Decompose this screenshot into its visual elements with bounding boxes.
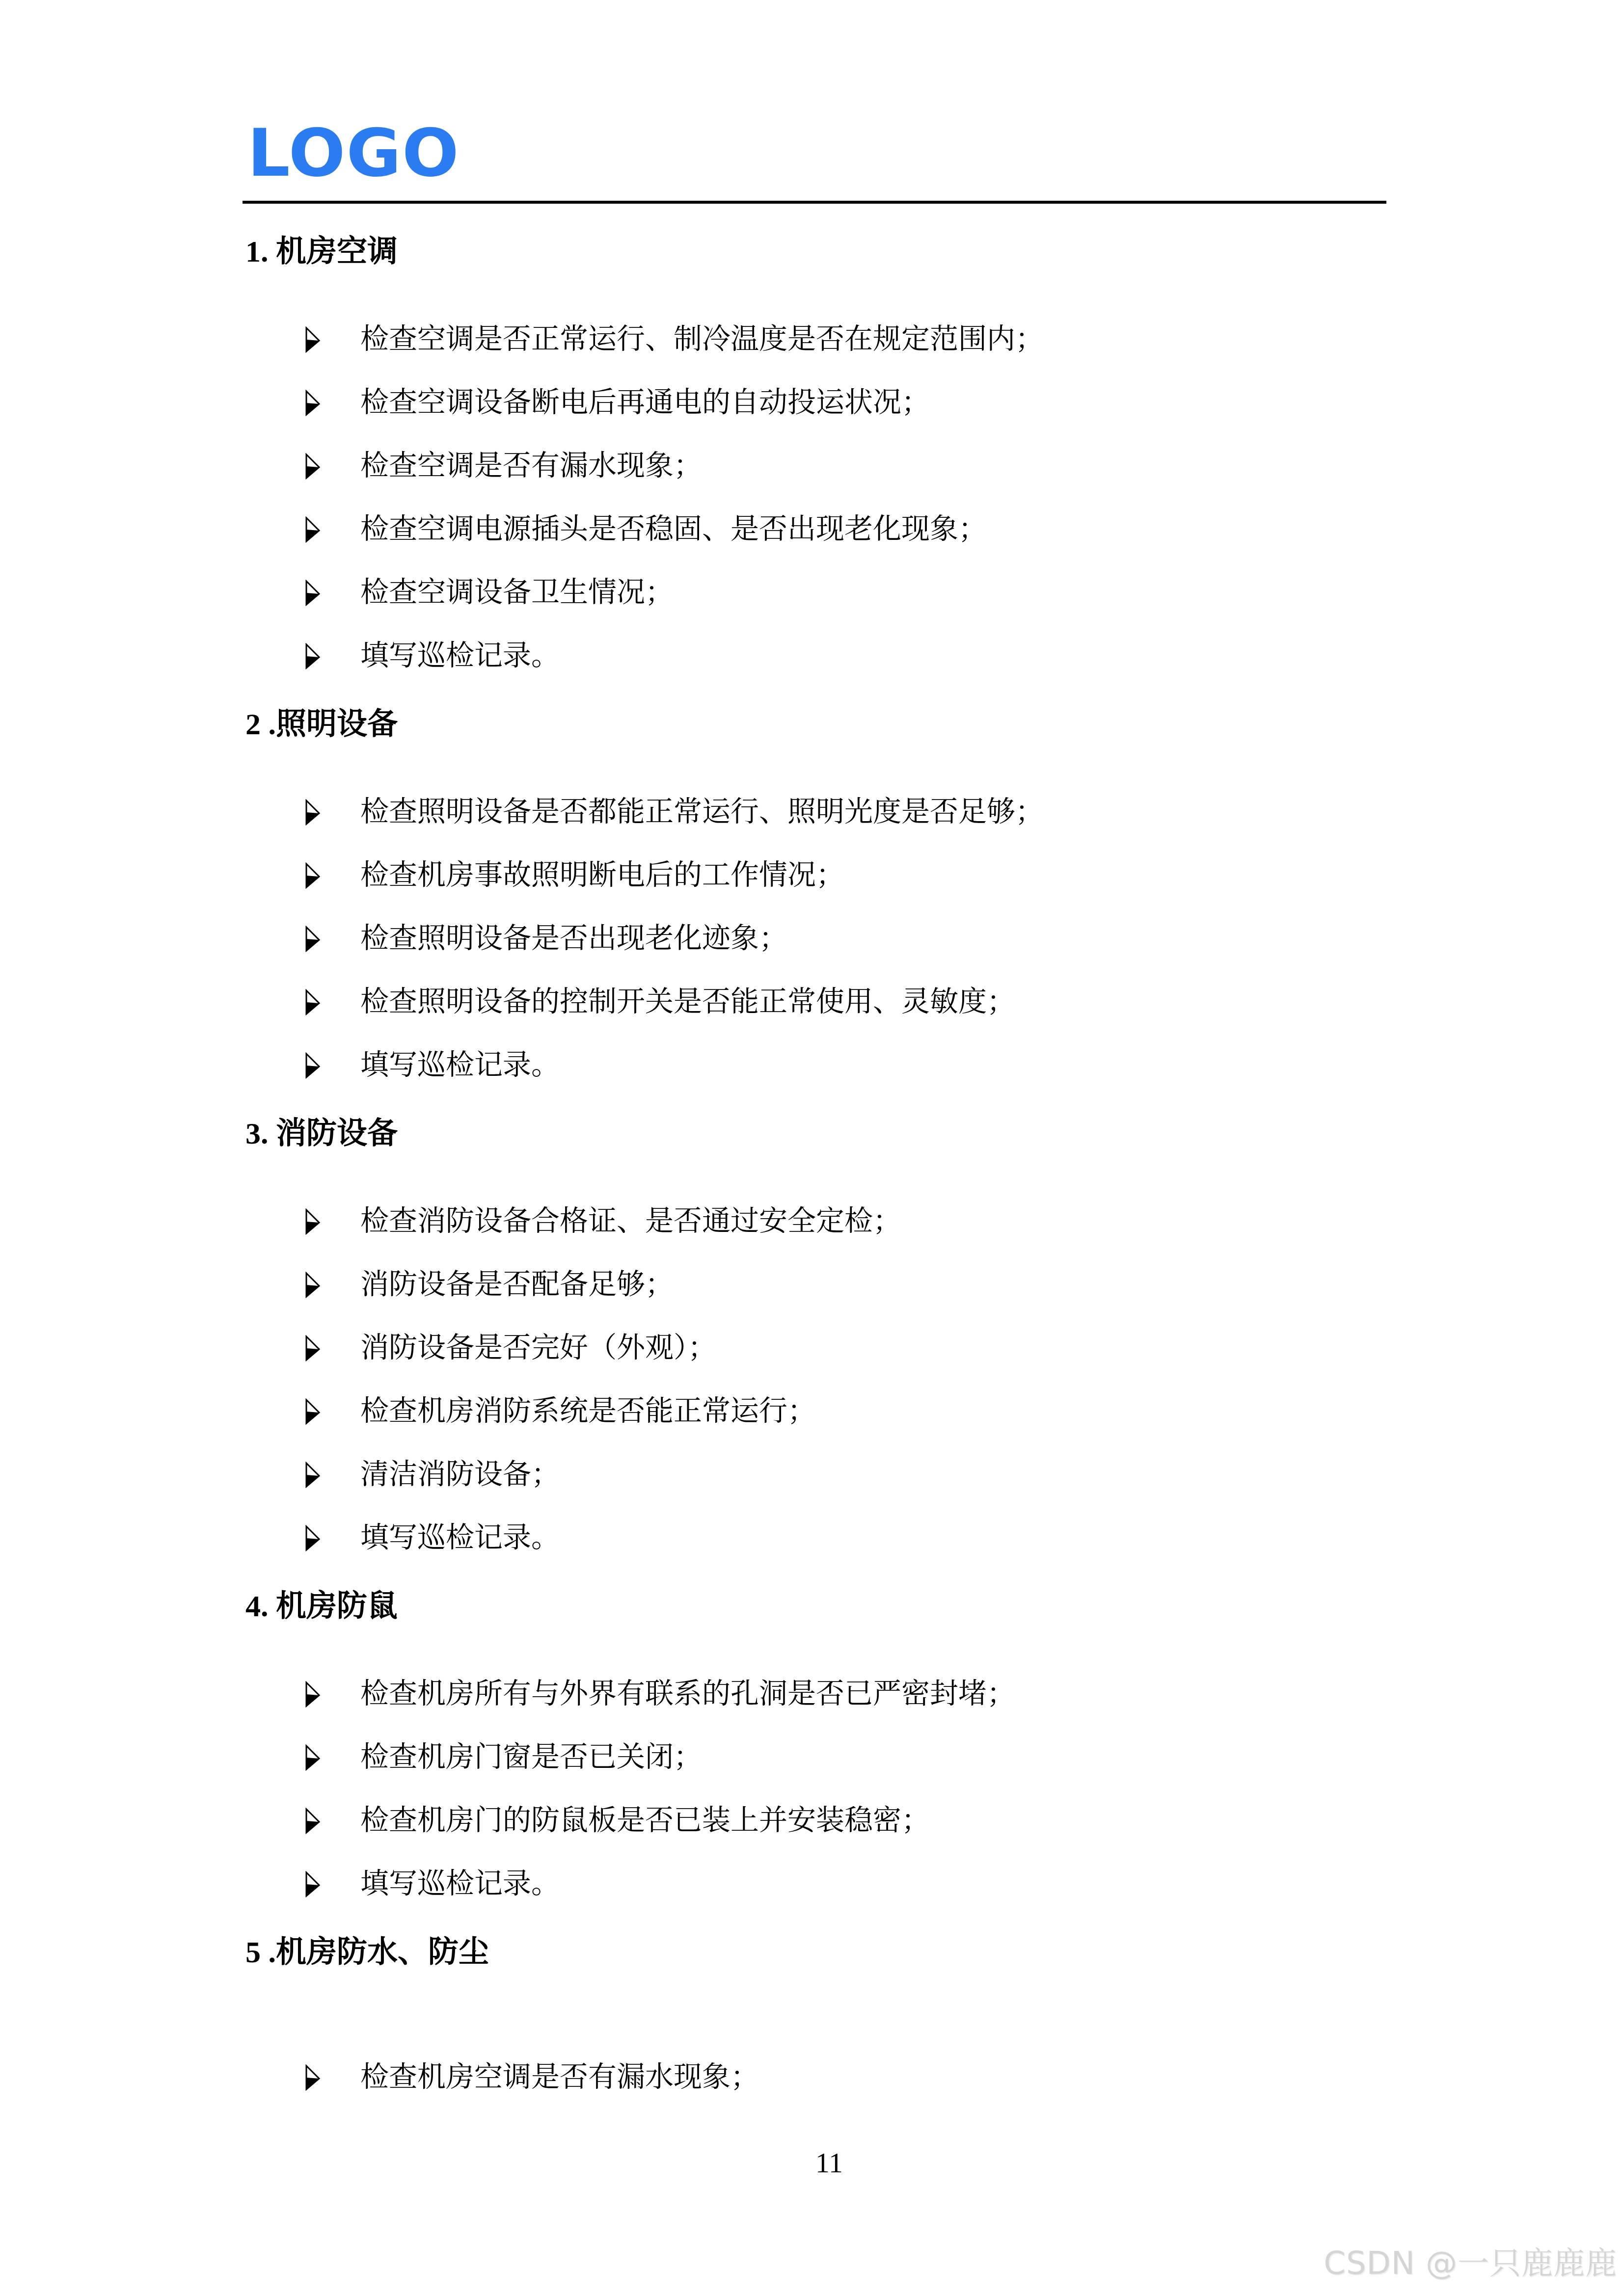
section-heading: 5 .机房防水、防尘 bbox=[245, 1933, 1624, 1972]
bullet-text: 填写巡检记录。 bbox=[360, 1868, 560, 1899]
arrowhead-right-icon bbox=[303, 1681, 322, 1707]
list-item: 检查照明设备是否都能正常运行、照明光度是否足够； bbox=[302, 794, 1624, 829]
list-item: 检查机房消防系统是否能正常运行； bbox=[302, 1393, 1624, 1429]
bullet-text: 检查机房所有与外界有联系的孔洞是否已严密封堵； bbox=[360, 1678, 1015, 1709]
list-item: 填写巡检记录。 bbox=[302, 1047, 1624, 1083]
bullet-list: 检查照明设备是否都能正常运行、照明光度是否足够； 检查机房事故照明断电后的工作情… bbox=[0, 794, 1624, 1083]
list-item: 消防设备是否配备足够； bbox=[302, 1267, 1624, 1302]
arrowhead-right-icon bbox=[303, 988, 322, 1015]
arrowhead-right-icon bbox=[303, 862, 322, 888]
document-section: 1. 机房空调 检查空调是否正常运行、制冷温度是否在规定范围内； 检查空调设备断… bbox=[0, 233, 1624, 673]
list-item: 检查机房所有与外界有联系的孔洞是否已严密封堵； bbox=[302, 1676, 1624, 1711]
bullet-text: 消防设备是否完好（外观）； bbox=[360, 1332, 716, 1363]
bullet-text: 清洁消防设备； bbox=[360, 1458, 560, 1490]
document-page: LOGO 1. 机房空调 检查空调是否正常运行、制冷温度是否在规定范围内； 检查… bbox=[0, 0, 1624, 2296]
arrowhead-right-icon bbox=[303, 2064, 322, 2090]
bullet-text: 检查机房门窗是否已关闭； bbox=[360, 1741, 702, 1773]
document-section: 3. 消防设备 检查消防设备合格证、是否通过安全定检； 消防设备是否配备足够； … bbox=[0, 1115, 1624, 1555]
page-number: 11 bbox=[0, 2146, 1624, 2180]
arrowhead-right-icon bbox=[303, 925, 322, 952]
document-section: 2 .照明设备 检查照明设备是否都能正常运行、照明光度是否足够； 检查机房事故照… bbox=[0, 705, 1624, 1083]
arrowhead-right-icon bbox=[303, 326, 322, 352]
bullet-text: 检查空调设备断电后再通电的自动投运状况； bbox=[360, 386, 930, 418]
bullet-text: 填写巡检记录。 bbox=[360, 1522, 560, 1553]
list-item: 检查照明设备的控制开关是否能正常使用、灵敏度； bbox=[302, 984, 1624, 1019]
bullet-text: 检查照明设备是否都能正常运行、照明光度是否足够； bbox=[360, 796, 1044, 828]
arrowhead-right-icon bbox=[303, 1271, 322, 1298]
list-item: 检查照明设备是否出现老化迹象； bbox=[302, 921, 1624, 956]
list-item: 检查空调设备断电后再通电的自动投运状况； bbox=[302, 385, 1624, 420]
arrowhead-right-icon bbox=[303, 579, 322, 606]
arrowhead-right-icon bbox=[303, 516, 322, 542]
list-item: 检查机房事故照明断电后的工作情况； bbox=[302, 857, 1624, 893]
list-item: 检查空调设备卫生情况； bbox=[302, 575, 1624, 610]
bullet-text: 检查空调是否正常运行、制冷温度是否在规定范围内； bbox=[360, 323, 1044, 355]
arrowhead-right-icon bbox=[303, 1052, 322, 1078]
list-item: 检查机房空调是否有漏水现象； bbox=[302, 2059, 1624, 2095]
arrowhead-right-icon bbox=[303, 1461, 322, 1488]
arrowhead-right-icon bbox=[303, 799, 322, 825]
bullet-list: 检查机房所有与外界有联系的孔洞是否已严密封堵； 检查机房门窗是否已关闭； 检查机… bbox=[0, 1676, 1624, 1901]
list-item: 检查消防设备合格证、是否通过安全定检； bbox=[302, 1203, 1624, 1239]
bullet-text: 检查空调电源插头是否稳固、是否出现老化现象； bbox=[360, 513, 987, 545]
list-item: 检查空调电源插头是否稳固、是否出现老化现象； bbox=[302, 511, 1624, 547]
bullet-text: 填写巡检记录。 bbox=[360, 640, 560, 671]
list-item: 检查机房门窗是否已关闭； bbox=[302, 1739, 1624, 1775]
bullet-list: 检查机房空调是否有漏水现象； bbox=[0, 2059, 1624, 2095]
bullet-text: 检查机房门的防鼠板是否已装上并安装稳密； bbox=[360, 1804, 930, 1836]
arrowhead-right-icon bbox=[303, 389, 322, 416]
section-heading: 2 .照明设备 bbox=[245, 705, 1624, 744]
document-body: 1. 机房空调 检查空调是否正常运行、制冷温度是否在规定范围内； 检查空调设备断… bbox=[0, 0, 1624, 2095]
section-heading: 3. 消防设备 bbox=[245, 1115, 1624, 1153]
list-item: 填写巡检记录。 bbox=[302, 1520, 1624, 1555]
list-item: 填写巡检记录。 bbox=[302, 638, 1624, 673]
arrowhead-right-icon bbox=[303, 1807, 322, 1834]
arrowhead-right-icon bbox=[303, 1398, 322, 1424]
bullet-text: 检查空调是否有漏水现象； bbox=[360, 450, 702, 481]
arrowhead-right-icon bbox=[303, 1208, 322, 1234]
list-item: 检查机房门的防鼠板是否已装上并安装稳密； bbox=[302, 1803, 1624, 1838]
arrowhead-right-icon bbox=[303, 1335, 322, 1361]
bullet-list: 检查空调是否正常运行、制冷温度是否在规定范围内； 检查空调设备断电后再通电的自动… bbox=[0, 321, 1624, 673]
section-heading: 1. 机房空调 bbox=[245, 233, 1624, 271]
bullet-text: 检查照明设备的控制开关是否能正常使用、灵敏度； bbox=[360, 986, 1015, 1017]
document-section: 4. 机房防鼠 检查机房所有与外界有联系的孔洞是否已严密封堵； 检查机房门窗是否… bbox=[0, 1587, 1624, 1901]
list-item: 检查空调是否正常运行、制冷温度是否在规定范围内； bbox=[302, 321, 1624, 357]
list-item: 检查空调是否有漏水现象； bbox=[302, 448, 1624, 483]
list-item: 填写巡检记录。 bbox=[302, 1866, 1624, 1901]
bullet-text: 检查空调设备卫生情况； bbox=[360, 576, 674, 608]
bullet-text: 检查机房消防系统是否能正常运行； bbox=[360, 1395, 816, 1427]
bullet-list: 检查消防设备合格证、是否通过安全定检； 消防设备是否配备足够； 消防设备是否完好… bbox=[0, 1203, 1624, 1555]
bullet-text: 填写巡检记录。 bbox=[360, 1049, 560, 1081]
watermark: CSDN @一只鹿鹿鹿 bbox=[1324, 2245, 1617, 2282]
arrowhead-right-icon bbox=[303, 1870, 322, 1897]
arrowhead-right-icon bbox=[303, 642, 322, 669]
section-heading: 4. 机房防鼠 bbox=[245, 1587, 1624, 1626]
bullet-text: 检查照明设备是否出现老化迹象； bbox=[360, 922, 787, 954]
bullet-text: 检查机房空调是否有漏水现象； bbox=[360, 2061, 759, 2093]
document-section: 5 .机房防水、防尘 检查机房空调是否有漏水现象； bbox=[0, 1933, 1624, 2095]
arrowhead-right-icon bbox=[303, 453, 322, 479]
arrowhead-right-icon bbox=[303, 1524, 322, 1551]
list-item: 清洁消防设备； bbox=[302, 1457, 1624, 1492]
bullet-text: 检查消防设备合格证、是否通过安全定检； bbox=[360, 1205, 901, 1237]
arrowhead-right-icon bbox=[303, 1744, 322, 1770]
list-item: 消防设备是否完好（外观）； bbox=[302, 1330, 1624, 1365]
bullet-text: 消防设备是否配备足够； bbox=[360, 1268, 674, 1300]
bullet-text: 检查机房事故照明断电后的工作情况； bbox=[360, 859, 844, 891]
